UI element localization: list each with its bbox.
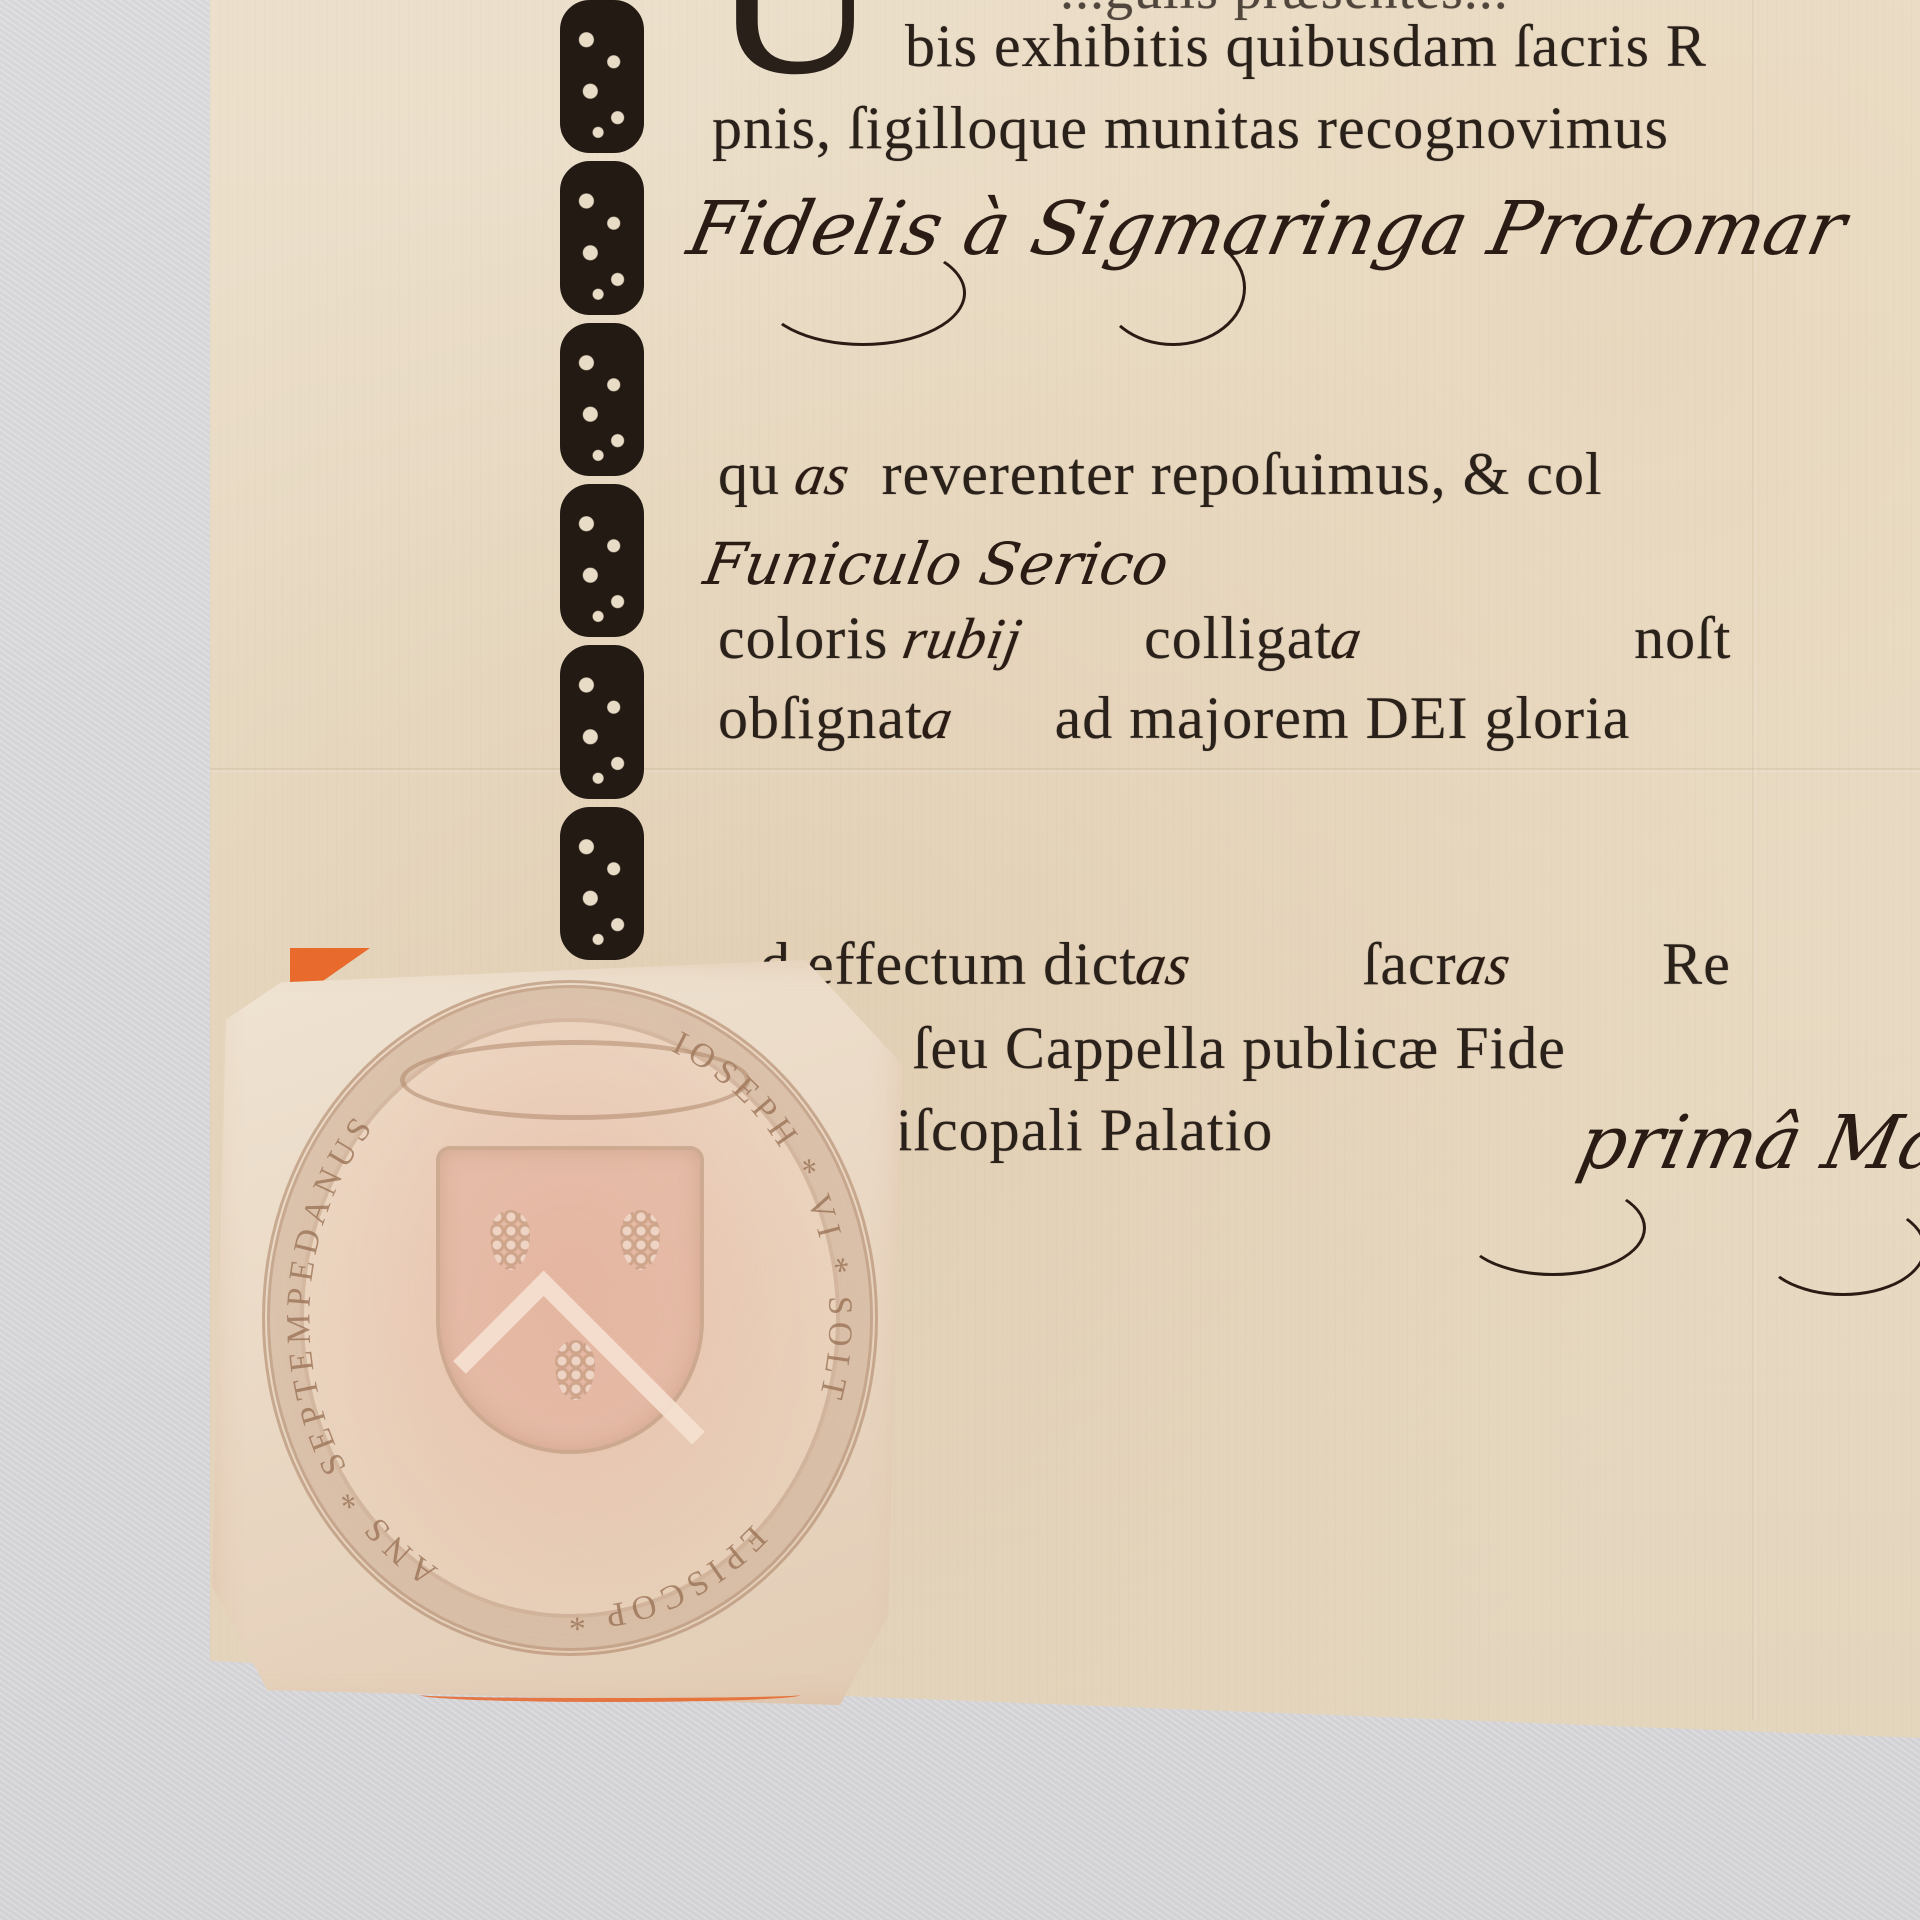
ornament-block xyxy=(560,323,644,476)
printed-text: reverenter repoſuimus, & col xyxy=(882,441,1603,507)
printed-text: qu xyxy=(718,441,780,507)
paper-fold-horizontal xyxy=(210,768,1920,772)
handwritten-ending: as xyxy=(790,441,855,508)
printed-text: obſignat xyxy=(718,685,923,751)
handwritten-ending: as xyxy=(1451,931,1516,998)
pen-flourish xyxy=(760,240,966,346)
printed-ornamental-border xyxy=(560,0,646,960)
pen-flourish xyxy=(1100,230,1246,346)
ornament-block xyxy=(560,645,644,798)
handwritten-ending: a xyxy=(1326,605,1368,672)
printed-text: coloris xyxy=(718,605,888,671)
ornament-block xyxy=(560,807,644,960)
pen-flourish xyxy=(1760,1200,1920,1296)
ornament-block xyxy=(560,484,644,637)
printed-line-5: obſignata ad majorem DEI gloria xyxy=(718,684,1630,753)
printed-line-3: qu as reverenter repoſuimus, & col xyxy=(718,440,1603,509)
ornament-block xyxy=(560,0,644,153)
printed-line-1: bis exhibitis quibusdam ſacris R xyxy=(905,12,1707,81)
printed-text: Re xyxy=(1662,931,1731,997)
printed-line-6: d effectum dictas ſacras Re xyxy=(760,930,1731,999)
bishop-hat-emblem xyxy=(400,1040,750,1120)
printed-text: noſt xyxy=(1634,605,1731,671)
printed-text: ad majorem DEI gloria xyxy=(1055,685,1631,751)
pen-flourish xyxy=(1460,1180,1646,1276)
ornament-block xyxy=(560,161,644,314)
handwritten-ending: as xyxy=(1131,931,1196,998)
handwritten-ending: a xyxy=(917,685,959,752)
printed-line-2: pnis, ſigilloque munitas recognovimus xyxy=(712,94,1669,163)
handwritten-cord: Funiculo Serico xyxy=(699,530,1174,598)
wax-edge xyxy=(420,1688,800,1702)
printed-text: colligat xyxy=(1144,605,1332,671)
printed-line-4: coloris rubij colligata noſt xyxy=(718,604,1731,673)
handwritten-date: primâ Ma xyxy=(1571,1100,1920,1186)
printed-text: ſacr xyxy=(1363,931,1457,997)
handwritten-color: rubij xyxy=(898,605,1028,672)
